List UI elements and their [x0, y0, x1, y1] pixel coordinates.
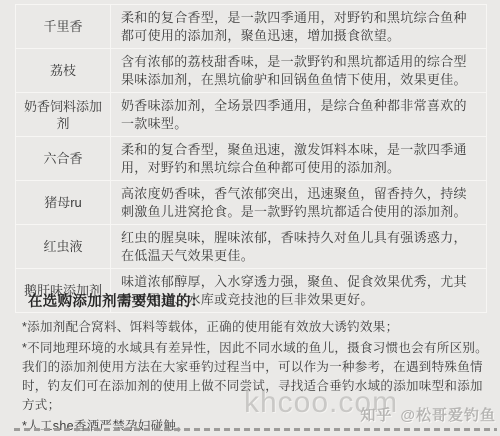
additive-desc-cell: 红虫的腥臭味，腥味浓郁，香味持久对鱼儿具有强诱惑力，在低温天气效果更佳。 — [111, 225, 486, 268]
table-row: 奶香饲料添加剂 奶香味添加剂，全场景四季通用，是综合鱼种都非常喜欢的一款味型。 — [16, 93, 486, 137]
table-row: 猪母ru 高浓度奶香味，香气浓郁突出，迅速聚鱼，留香持久，持续刺激鱼儿进窝抢食。… — [16, 181, 486, 225]
additive-name-cell: 奶香饲料添加剂 — [16, 93, 111, 136]
table-row: 红虫液 红虫的腥臭味，腥味浓郁，香味持久对鱼儿具有强诱惑力，在低温天气效果更佳。 — [16, 225, 486, 269]
article-page: 千里香 柔和的复合香型，是一款四季通用，对野钓和黑坑综合鱼种都可使用的添加剂，聚… — [0, 0, 500, 436]
notes-heading: 在选购添加剂需要知道的： — [28, 290, 490, 311]
note-item: *添加剂配合窝料、饵料等载体，正确的使用能有效放大诱钓效果； — [22, 318, 490, 337]
additive-desc-cell: 含有浓郁的荔枝甜香味，是一款野钓和黑坑都适用的综合型果味添加剂，在黑坑偷驴和回锅… — [111, 49, 486, 92]
additive-name-cell: 红虫液 — [16, 225, 111, 268]
additive-desc-cell: 高浓度奶香味，香气浓郁突出，迅速聚鱼，留香持久，持续刺激鱼儿进窝抢食。是一款野钓… — [111, 181, 486, 224]
table-row: 荔枝 含有浓郁的荔枝甜香味，是一款野钓和黑坑都适用的综合型果味添加剂，在黑坑偷驴… — [16, 49, 486, 93]
additive-name-cell: 猪母ru — [16, 181, 111, 224]
dashed-divider — [14, 428, 497, 431]
additive-desc-cell: 奶香味添加剂，全场景四季通用，是综合鱼种都非常喜欢的一款味型。 — [111, 93, 486, 136]
additive-flavor-table: 千里香 柔和的复合香型，是一款四季通用，对野钓和黑坑综合鱼种都可使用的添加剂，聚… — [15, 4, 487, 313]
additive-name-cell: 六合香 — [16, 137, 111, 180]
note-item: *人工she香酒严禁孕妇碰触。 — [22, 417, 490, 436]
additive-desc-cell: 柔和的复合香型，聚鱼迅速，激发饵料本味，是一款四季通用，对野钓和黑坑综合鱼种都可… — [111, 137, 486, 180]
note-item: *不同地理环境的水域具有差异性，因此不同水域的鱼儿，摄食习惯也会有所区别。我们的… — [22, 339, 490, 415]
buying-notes-section: 在选购添加剂需要知道的： *添加剂配合窝料、饵料等载体，正确的使用能有效放大诱钓… — [0, 290, 500, 436]
additive-name-cell: 千里香 — [16, 5, 111, 48]
additive-name-cell: 荔枝 — [16, 49, 111, 92]
table-row: 千里香 柔和的复合香型，是一款四季通用，对野钓和黑坑综合鱼种都可使用的添加剂，聚… — [16, 5, 486, 49]
table-row: 六合香 柔和的复合香型，聚鱼迅速，激发饵料本味，是一款四季通用，对野钓和黑坑综合… — [16, 137, 486, 181]
additive-desc-cell: 柔和的复合香型，是一款四季通用，对野钓和黑坑综合鱼种都可使用的添加剂，聚鱼迅速，… — [111, 5, 486, 48]
